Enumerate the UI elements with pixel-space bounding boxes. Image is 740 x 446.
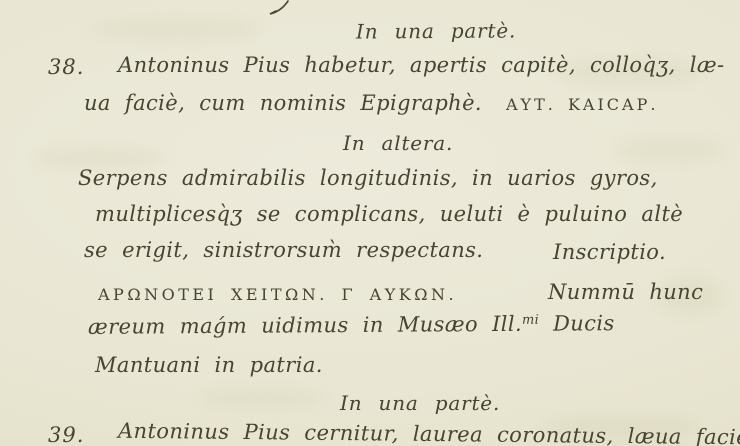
section-heading-obverse-38: In una partè.: [356, 19, 516, 42]
entry-38-obverse-line-1: Antoninus Pius habetur, apertis capitè, …: [118, 54, 724, 77]
show-through-smudge: [615, 138, 725, 162]
section-heading-reverse-38: In altera.: [343, 132, 453, 154]
entry-38-reverse-line-1: Serpens admirabilis longitudinis, in uar…: [78, 167, 658, 190]
section-heading-obverse-39: In una partè.: [340, 392, 500, 414]
entry-39-obverse-line-1: Antoninus Pius cernitur, laurea coronatu…: [118, 420, 740, 446]
entry-number-38: 38.: [48, 56, 84, 79]
entry-38-provenance-line-2: Mantuani in patria.: [95, 354, 323, 377]
provenance-superscript: mi: [522, 313, 539, 328]
show-through-smudge: [195, 388, 325, 408]
entry-38-obverse-line-2-latin: ua faciè, cum nominis Epigraphè.: [84, 91, 482, 115]
entry-38-reverse-line-3: se erigit, sinistrorsum̀ respectans.: [84, 239, 483, 262]
entry-38-provenance-line-1: æreum maǵm uidimus in Musæo Ill.mi Ducis: [88, 312, 615, 339]
manuscript-page: In una partè. 38. Antoninus Pius habetur…: [0, 0, 740, 446]
pen-flourish-mark: [260, 0, 292, 20]
provenance-text-post: Ducis: [553, 311, 615, 335]
show-through-smudge: [90, 18, 260, 40]
provenance-text-pre: æreum maǵm uidimus in Musæo Ill.: [88, 312, 522, 339]
entry-number-39: 39.: [48, 424, 84, 446]
entry-38-nummum-hunc: Nummū hunc: [548, 281, 703, 304]
entry-38-obverse-line-2: ua faciè, cum nominis Epigraphè.ΑΥΤ. ΚΑΙ…: [84, 92, 658, 115]
entry-38-obverse-legend-greek: ΑΥΤ. ΚΑΙCΑΡ.: [506, 95, 658, 114]
entry-38-reverse-line-2: multiplicesq̀ʒ se complicans, ueluti è p…: [95, 203, 683, 226]
show-through-smudge: [35, 148, 165, 168]
entry-38-reverse-legend-greek: ΑΡΩΝΟΤΕΙ ΧΕΙΤΩΝ. Γ ΑΥΚΩΝ.: [98, 286, 457, 304]
entry-38-inscriptio-label: Inscriptio.: [553, 241, 666, 264]
